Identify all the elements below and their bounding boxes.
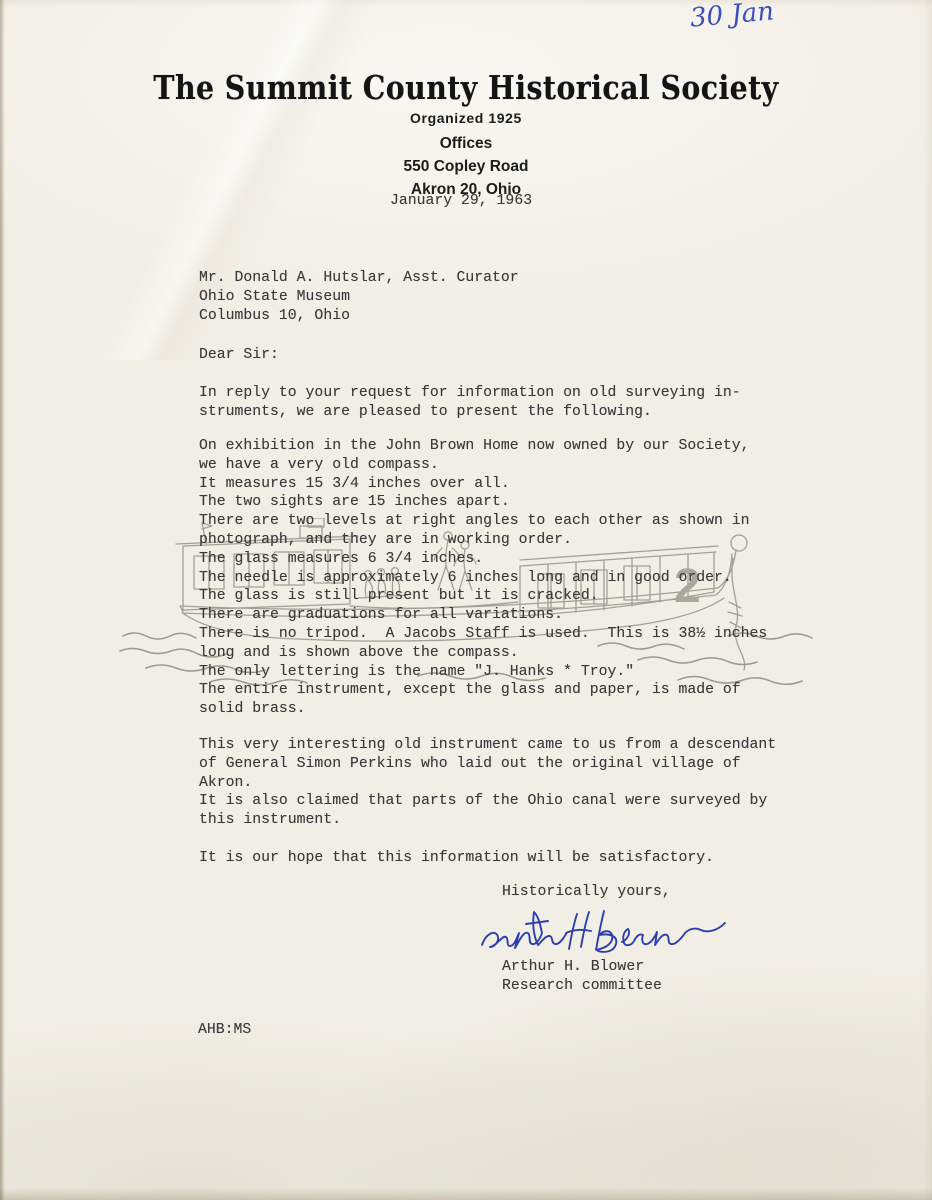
text-line: of General Simon Perkins who laid out th… [199, 755, 776, 774]
text-line: The only lettering is the name "J. Hanks… [199, 663, 767, 682]
salutation: Dear Sir: [199, 346, 279, 365]
text-line: long and is shown above the compass. [199, 644, 767, 663]
body-paragraph-1: In reply to your request for information… [199, 384, 741, 422]
body-paragraph-3: This very interesting old instrument cam… [199, 736, 776, 830]
org-offices-label: Offices [0, 135, 932, 153]
text-line: It measures 15 3/4 inches over all. [199, 475, 767, 494]
text-line: The two sights are 15 inches apart. [199, 493, 767, 512]
text-line: Mr. Donald A. Hutslar, Asst. Curator [199, 269, 519, 288]
text-line: There are graduations for all variations… [199, 606, 767, 625]
recipient-address: Mr. Donald A. Hutslar, Asst. CuratorOhio… [199, 269, 519, 325]
text-line: Akron. [199, 774, 776, 793]
sender-block: Arthur H. Blower Research committee [502, 958, 662, 996]
closing-phrase: Historically yours, [502, 883, 671, 902]
text-line: Columbus 10, Ohio [199, 307, 519, 326]
body-paragraph-4: It is our hope that this information wil… [199, 849, 714, 868]
org-name: The Summit County Historical Society [65, 68, 867, 107]
text-line: It is also claimed that parts of the Ohi… [199, 792, 776, 811]
text-line: There are two levels at right angles to … [199, 512, 767, 531]
text-line: The glass measures 6 3/4 inches. [199, 550, 767, 569]
text-line: struments, we are pleased to present the… [199, 403, 741, 422]
letter-page: 2 30 Jan The Summit County Historical So… [0, 0, 932, 1200]
org-address-street: 550 Copley Road [0, 158, 932, 176]
text-line: In reply to your request for information… [199, 384, 741, 403]
text-line: The glass is still present but it is cra… [199, 587, 767, 606]
text-line: we have a very old compass. [199, 456, 767, 475]
date-line: January 29, 1963 [390, 192, 532, 211]
sender-name: Arthur H. Blower [502, 958, 662, 977]
text-line: this instrument. [199, 811, 776, 830]
text-line: There is no tripod. A Jacobs Staff is us… [199, 625, 767, 644]
signature [476, 903, 728, 965]
text-line: It is our hope that this information wil… [199, 849, 714, 868]
text-line: This very interesting old instrument cam… [199, 736, 776, 755]
sender-role: Research committee [502, 977, 662, 996]
text-line: The entire instrument, except the glass … [199, 681, 767, 700]
org-organized: Organized 1925 [0, 110, 932, 126]
handwritten-annotation: 30 Jan [689, 0, 775, 34]
text-line: solid brass. [199, 700, 767, 719]
text-line: The needle is approximately 6 inches lon… [199, 569, 767, 588]
reference-initials: AHB:MS [198, 1021, 251, 1040]
text-line: Ohio State Museum [199, 288, 519, 307]
text-line: On exhibition in the John Brown Home now… [199, 437, 767, 456]
body-paragraph-2: On exhibition in the John Brown Home now… [199, 437, 767, 719]
text-line: photograph, and they are in working orde… [199, 531, 767, 550]
